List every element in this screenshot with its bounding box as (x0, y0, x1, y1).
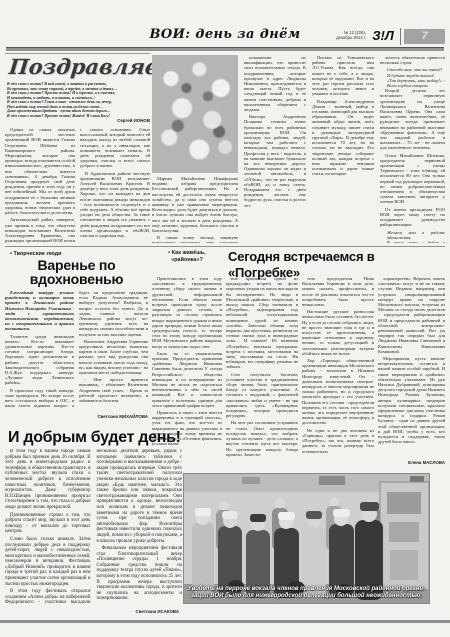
header-rule (6, 47, 444, 51)
platform-photo-image (184, 474, 429, 603)
paragraph: Марина Михайловна Никифорова недавно изб… (152, 176, 238, 233)
paragraph: В самом конце месяца, накануне новогодне… (152, 235, 238, 243)
paragraph: В Ардатовском районе местную организацию… (80, 171, 150, 239)
paragraph: Проникновенные строки о том, что доброта… (5, 513, 91, 535)
photo-caption-line: зации ВОИ было для нижегородской делегац… (187, 593, 426, 600)
creative-title-line: вдохновенью (5, 272, 148, 286)
newspaper-logo: З!Л (369, 27, 397, 44)
rayonka-column-2: ние присвоили одной из предыдущих встреч… (226, 276, 298, 466)
verse-line: Спасибо вам, что вы такой! (380, 67, 445, 72)
paragraph: Талантов среди инвалидов немало. Кто-то … (5, 334, 74, 386)
photo-caption-line: Увидеть на перроне вокзала членов правле… (187, 586, 426, 593)
verse-line: Желаем вам в работе вдохновения, (380, 230, 445, 240)
newspaper-page: ВОИ: день за днём № 12 (226), декабрь 20… (0, 0, 450, 637)
paragraph: Виктора Андреевича Полякова техника знаю… (244, 114, 306, 208)
creative-lead: Ежегодный конкурс лучших рукодельниц и к… (5, 290, 74, 332)
paragraph: тель председателя Нина Васильевна Барано… (302, 276, 374, 307)
paragraph: Второй десяток лет возглавляет первичную… (380, 88, 445, 150)
paragraph: Настоящие русские разносолы немыслимо бы… (302, 309, 374, 356)
bottom-rule (0, 620, 450, 623)
congrats-article: Поздравляем! В чём смысл жизни? В ней са… (5, 53, 150, 247)
paragraph: Валентина Андреевна Горюнова представила… (79, 339, 148, 375)
lead-paragraph: Ежегодный конкурс лучших рукодельниц и к… (5, 290, 74, 332)
paragraph: «прошерстён». Впрочем, запеть «москвичи»… (378, 276, 445, 354)
paragraph: Владимир Александрович Дежин - военный, … (312, 99, 374, 177)
paragraph: Финальным мероприятием фестиваля стал бл… (97, 546, 183, 602)
paragraph: ние присвоили одной из предыдущих встреч… (226, 276, 298, 370)
paragraph: Стол получился богатым: условием участия… (226, 372, 298, 419)
creative-title-line: Варенье по (5, 258, 148, 272)
jubilee-column-b: Письмо из Тоншаевского района прислала н… (312, 55, 374, 243)
paragraph: Ольга Михайловна Шпекова, председатель п… (380, 153, 445, 205)
greeting-verse: Желаем вам в работе вдохновения, В кругу… (380, 230, 445, 244)
rayonka-author: Елена МАСЛОВА (378, 460, 445, 466)
creative-author: Светлана МИХАЙЛОВА (70, 414, 148, 420)
paragraph: повышении их квалификации, что приносит … (244, 55, 306, 112)
roses-photo (152, 55, 238, 173)
creative-title: Варенье по вдохновенью (5, 258, 148, 286)
poem-author: Сергей ИОНОВ (5, 118, 150, 124)
paragraph: - Мне просто нравится вышивать, - объясн… (79, 377, 148, 403)
photo-caption: Увидеть на перроне вокзала членов правле… (187, 586, 426, 600)
paragraph: В этом году в нашем городе самым добрым … (5, 449, 91, 511)
paragraph: Пришлось в связи с этим внести корректив… (152, 410, 222, 446)
kind-day-author: Светлана ИСАКОВА (95, 609, 179, 615)
platform-photo: Увидеть на перроне вокзала членов правле… (183, 473, 430, 604)
header-divider (400, 28, 401, 45)
paragraph: Письмо из Тоншаевского района прислала н… (312, 55, 374, 97)
paragraph: Была на то уважительная причина. Председ… (152, 351, 222, 408)
paragraph: На этот раз состязание устраивать не ста… (226, 420, 298, 456)
creative-body: Ежегодный конкурс лучших рукодельниц и к… (5, 290, 148, 412)
verse-line: В кругу семьи - добра и теплоты, (380, 240, 445, 243)
page-number: 7 (404, 29, 445, 44)
paragraph: От имени президиума РОО ВОИ через нашу г… (380, 207, 445, 228)
rayonka-label-line: «районка»? (150, 257, 224, 264)
paragraph: Слово было только вначале. Затем последо… (5, 537, 91, 587)
issue-date: декабрь 2012 г. (312, 35, 366, 40)
jubilee-photo-column: Марина Михайловна Никифорова недавно изб… (152, 176, 238, 243)
section-divider (5, 246, 445, 247)
paragraph: хочется обязательно привести несколько с… (380, 55, 445, 65)
masthead: ВОИ: день за днём (120, 27, 330, 43)
kind-day-body: В этом году в нашем городе самым добрым … (5, 449, 182, 607)
rayonka-column-4: «прошерстён». Впрочем, запеть «москвичи»… (378, 276, 445, 456)
section-label-rayonka: • Как живёшь, «районка»? (150, 250, 224, 263)
jubilee-column-a: повышении их квалификации, что приносит … (244, 55, 306, 243)
congrats-title: Поздравляем! (4, 54, 152, 80)
paragraph: Мероприятия, пусть внешне непритязательн… (378, 356, 445, 444)
paragraph: Не один и не два человека из «Горницы» п… (302, 428, 374, 454)
paragraph: Одним из самых опытных председателей мес… (5, 127, 75, 215)
issue-info: № 12 (226), декабрь 2012 г. (312, 30, 366, 40)
jubilee-column-c: хочется обязательно привести несколько с… (380, 55, 445, 243)
rayonka-column-1: Приготовились в этом году «москвичи» к т… (152, 276, 222, 466)
reader-verse: Спасибо вам, что вы такой! И будьте впре… (380, 67, 445, 88)
rayonka-column-3: тель председателя Нина Васильевна Барано… (302, 276, 374, 466)
congrats-poem: В чём смысл жизни? В ней самой, в заката… (5, 82, 150, 118)
paragraph: Хор «Горница» общественной организации и… (302, 358, 374, 426)
congrats-body: Одним из самых опытных председателей мес… (5, 127, 150, 247)
paragraph: Приготовились в этом году «москвичи» к т… (152, 276, 222, 349)
